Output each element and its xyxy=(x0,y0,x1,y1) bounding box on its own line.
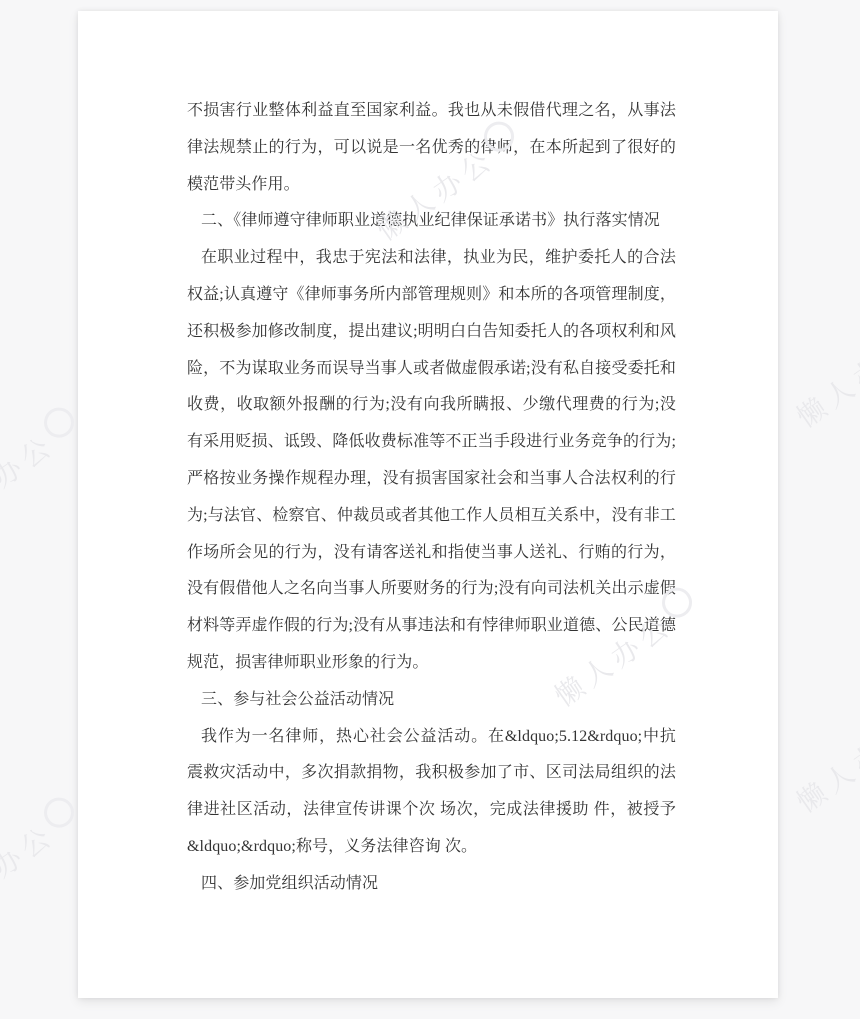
watermark-logo-circle xyxy=(38,792,80,834)
paragraph-public-welfare: 我作为一名律师，热心社会公益活动。在&ldquo;5.12&rdquo;中抗震救… xyxy=(187,719,676,866)
watermark: 懒人办公 xyxy=(0,402,89,535)
watermark-logo-circle xyxy=(38,402,80,444)
watermark-text: 懒人办公 xyxy=(0,429,61,532)
watermark: 懒人办公 xyxy=(785,688,860,821)
document-viewer: 不损害行业整体利益直至国家利益。我也从未假借代理之名，从事法律法规禁止的行为，可… xyxy=(0,0,860,1019)
section-heading-4: 四、参加党组织活动情况 xyxy=(187,866,676,903)
section-heading-3: 三、参与社会公益活动情况 xyxy=(187,682,676,719)
section-heading-2: 二、《律师遵守律师职业道德执业纪律保证承诺书》执行落实情况 xyxy=(187,203,676,240)
watermark-text: 懒人办公 xyxy=(791,715,860,818)
paragraph-continued: 不损害行业整体利益直至国家利益。我也从未假借代理之名，从事法律法规禁止的行为，可… xyxy=(187,93,676,203)
document-content: 不损害行业整体利益直至国家利益。我也从未假借代理之名，从事法律法规禁止的行为，可… xyxy=(78,11,778,903)
watermark-text: 懒人办公 xyxy=(791,330,860,433)
watermark: 懒人办公 xyxy=(0,792,89,925)
screenshot-root: { "colors": { "background": "#f7f7f8", "… xyxy=(0,0,860,1019)
paragraph-ethics-compliance: 在职业过程中，我忠于宪法和法律，执业为民，维护委托人的合法权益;认真遵守《律师事… xyxy=(187,240,676,682)
watermark: 懒人办公 xyxy=(785,303,860,436)
watermark-text: 懒人办公 xyxy=(0,819,61,922)
document-page: 不损害行业整体利益直至国家利益。我也从未假借代理之名，从事法律法规禁止的行为，可… xyxy=(78,11,778,998)
